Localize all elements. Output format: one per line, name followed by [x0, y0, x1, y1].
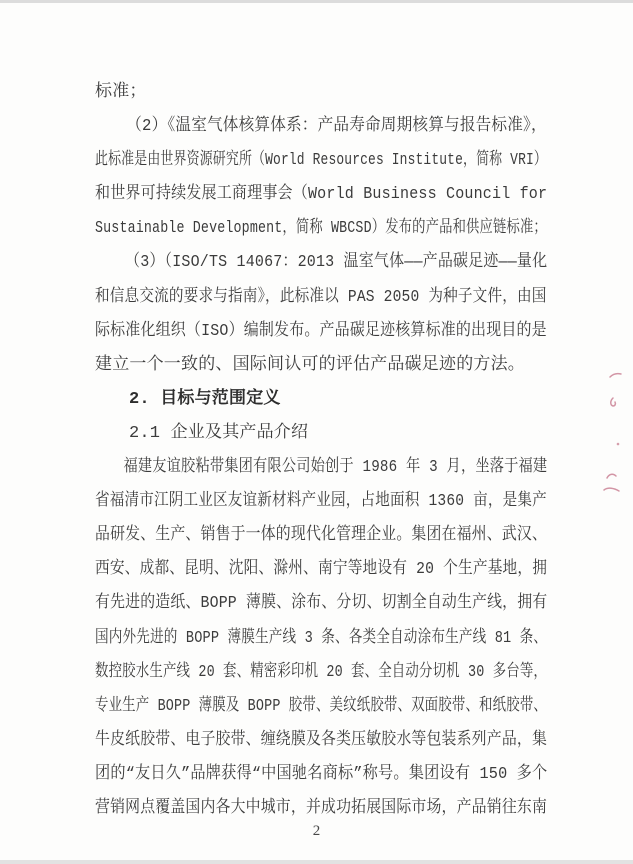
text-line: 此标准是由世界资源研究所（World Resources Institute，简…	[95, 144, 547, 178]
text-line: （2）《温室气体核算体系：产品寿命周期核算与报告标准》，	[95, 110, 547, 144]
document-body: 标准； （2）《温室气体核算体系：产品寿命周期核算与报告标准》， 此标准是由世界…	[95, 76, 547, 826]
text-line: 营销网点覆盖国内各大中城市，并成功拓展国际市场，产品销往东南	[95, 792, 547, 826]
text-line: 国内外先进的 BOPP 薄膜生产线 3 条、各类全自动涂布生产线 81 条、	[95, 622, 547, 656]
red-pen-marks	[595, 360, 633, 500]
pen-mark	[610, 374, 621, 377]
text-line: 牛皮纸胶带、电子胶带、缠绕膜及各类压敏胶水等包装系列产品，集	[95, 724, 547, 758]
subsection-heading: 2.1 企业及其产品介绍	[95, 417, 308, 451]
scan-edge-top	[0, 0, 633, 3]
text-line: 有先进的造纸、BOPP 薄膜、涂布、分切、切割全自动生产线，拥有	[95, 587, 547, 621]
text-line: 数控胶水生产线 20 套、精密彩印机 20 套、全自动分切机 30 多台等，	[95, 656, 547, 690]
text-line: 西安、成都、昆明、沈阳、滁州、南宁等地设有 20 个生产基地，拥	[95, 553, 547, 587]
text-line: 省福清市江阴工业区友谊新材料产业园，占地面积 1360 亩，是集产	[95, 485, 547, 519]
text-line: 团的“友日久”品牌获得“中国驰名商标”称号。集团设有 150 多个	[95, 758, 547, 792]
text-line: 标准；	[95, 76, 147, 110]
pen-mark	[607, 474, 616, 478]
scan-edge-bottom	[0, 860, 633, 864]
text-line: 品研发、生产、销售于一体的现代化管理企业。集团在福州、武汉、	[95, 519, 547, 553]
text-line: 建立一个一致的、国际间认可的评估产品碳足迹的方法。	[95, 349, 525, 383]
text-line: 际标准化组织（ISO）编制发布。产品碳足迹核算标准的出现目的是	[95, 315, 547, 349]
text-line: 专业生产 BOPP 薄膜及 BOPP 胶带、美纹纸胶带、双面胶带、和纸胶带、	[95, 690, 547, 724]
document-page: 标准； （2）《温室气体核算体系：产品寿命周期核算与报告标准》， 此标准是由世界…	[0, 0, 633, 864]
pen-mark	[611, 398, 616, 406]
text-line: 福建友谊胶粘带集团有限公司始创于 1986 年 3 月，坐落于福建	[95, 451, 547, 485]
text-line: 和世界可持续发展工商理事会（World Business Council for	[95, 178, 547, 212]
pen-mark	[617, 443, 620, 446]
section-heading: 2. 目标与范围定义	[95, 383, 281, 417]
page-number: 2	[0, 823, 633, 840]
pen-mark	[604, 488, 619, 491]
text-line: （3）（ISO/TS 14067：2013 温室气体——产品碳足迹——量化	[95, 246, 547, 280]
text-line: Sustainable Development，简称 WBCSD）发布的产品和供…	[95, 212, 547, 246]
text-line: 和信息交流的要求与指南》，此标准以 PAS 2050 为种子文件，由国	[95, 281, 547, 315]
